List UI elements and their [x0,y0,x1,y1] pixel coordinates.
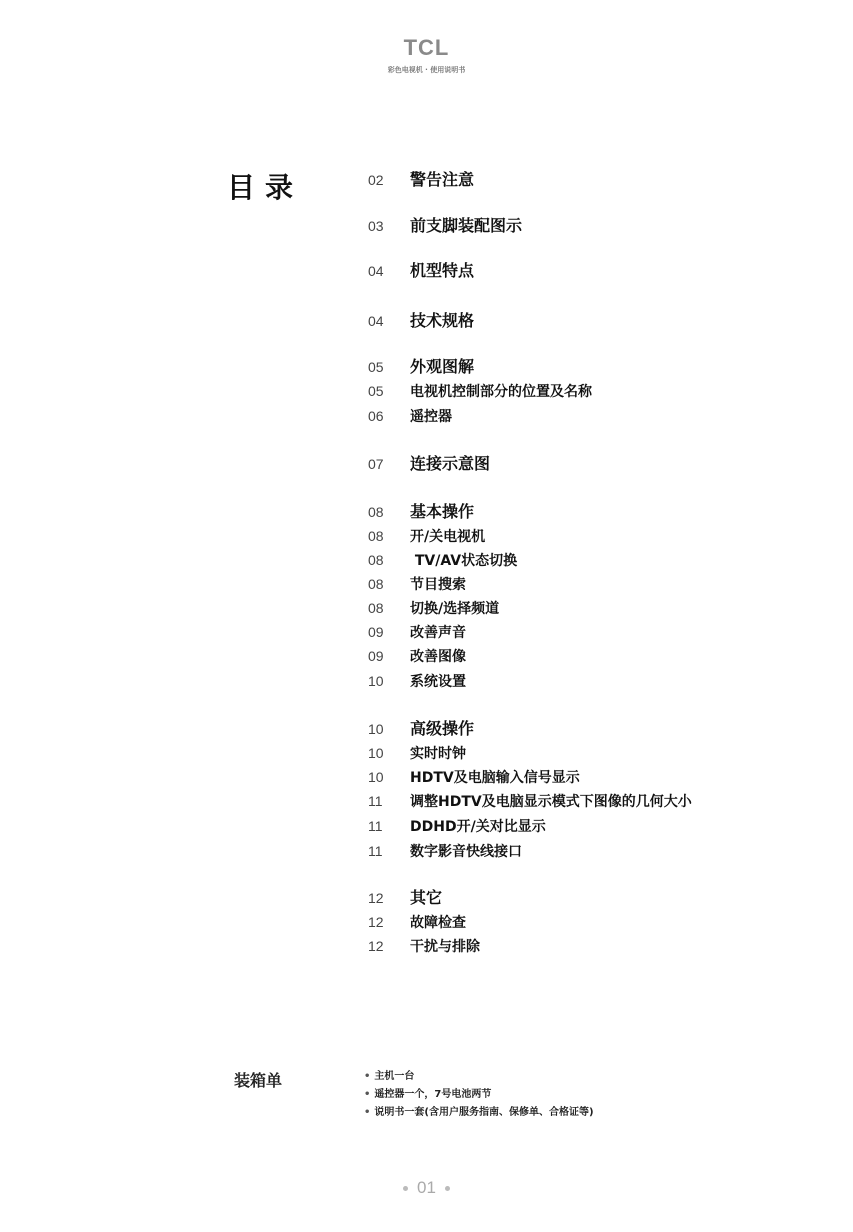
toc-entry[interactable]: 08 TV/AV状态切换 [368,550,517,570]
toc-page-number: 12 [368,912,410,932]
toc-title: 目录 [227,166,303,206]
header-subtitle: 彩色电视机 · 使用说明书 [0,65,853,75]
toc-page-number: 06 [368,406,410,426]
toc-entry-label: DDHD开/关对比显示 [410,819,546,835]
packing-list-item: •说明书一套(含用户服务指南、保修单、合格证等) [364,1104,594,1122]
toc-entry-label: 其它 [410,888,442,907]
toc-page-number: 04 [368,311,410,331]
bullet-icon: • [364,1089,370,1100]
toc-entry[interactable]: 10实时时钟 [368,743,466,763]
toc-page-number: 08 [368,598,410,618]
toc-entry[interactable]: 08切换/选择频道 [368,598,499,618]
toc-entry-label: 实时时钟 [410,746,466,762]
toc-entry[interactable]: 06遥控器 [368,406,452,426]
toc-page-number: 09 [368,646,410,666]
page-header: TCL 彩色电视机 · 使用说明书 [0,36,853,75]
toc-entry-label: 基本操作 [410,502,474,521]
toc-entry-label: 节目搜索 [410,577,466,593]
toc-entry-label: 故障检查 [410,915,466,931]
page-number: 01 [417,1178,436,1197]
toc-page-number: 08 [368,502,410,522]
toc-page-number: 11 [368,816,410,836]
toc-page-number: 04 [368,261,410,281]
toc-page-number: 02 [368,170,410,190]
toc-page-number: 08 [368,550,410,570]
packing-list: •主机一台•遥控器一个，7号电池两节•说明书一套(含用户服务指南、保修单、合格证… [364,1068,594,1122]
toc-entry-label: TV/AV状态切换 [410,553,517,569]
toc-page-number: 05 [368,381,410,401]
toc-page-number: 08 [368,526,410,546]
page-footer: 01 [0,1178,853,1198]
toc-page-number: 08 [368,574,410,594]
toc-page-number: 09 [368,622,410,642]
toc-page-number: 10 [368,767,410,787]
packing-list-item: •遥控器一个，7号电池两节 [364,1086,594,1104]
toc-entry[interactable]: 10HDTV及电脑输入信号显示 [368,767,580,787]
toc-entry-label: 外观图解 [410,357,474,376]
toc-page-number: 10 [368,743,410,763]
toc-entry[interactable]: 12故障检查 [368,912,466,932]
toc-page-number: 07 [368,454,410,474]
toc-entry[interactable]: 07连接示意图 [368,454,490,474]
toc-page-number: 10 [368,671,410,691]
toc-page-number: 05 [368,357,410,377]
toc-entry-label: 高级操作 [410,719,474,738]
toc-page-number: 11 [368,791,410,811]
bullet-icon: • [364,1071,370,1082]
packing-list-item-text: 遥控器一个，7号电池两节 [374,1089,491,1100]
footer-dot-right [445,1186,450,1191]
toc-page-number: 03 [368,216,410,236]
toc-entry[interactable]: 05电视机控制部分的位置及名称 [368,381,592,401]
toc-entry[interactable]: 08节目搜索 [368,574,466,594]
toc-entry[interactable]: 02警告注意 [368,170,474,190]
toc-entry[interactable]: 09改善图像 [368,646,466,666]
toc-entry[interactable]: 04机型特点 [368,261,474,281]
toc-entry-label: 技术规格 [410,311,474,330]
toc-entry[interactable]: 11DDHD开/关对比显示 [368,816,546,836]
toc-entry[interactable]: 04技术规格 [368,311,474,331]
toc-entry-label: 前支脚装配图示 [410,216,522,235]
toc-entry-label: HDTV及电脑输入信号显示 [410,770,580,786]
toc-entry-label: 系统设置 [410,674,466,690]
toc-entry-label: 遥控器 [410,409,452,425]
toc-entry-label: 干扰与排除 [410,939,480,955]
toc-page-number: 12 [368,936,410,956]
bullet-icon: • [364,1107,370,1118]
toc-entry[interactable]: 12干扰与排除 [368,936,480,956]
toc-page-number: 11 [368,841,410,861]
toc-page-number: 10 [368,719,410,739]
toc-entry[interactable]: 12其它 [368,888,442,908]
toc-entry[interactable]: 08基本操作 [368,502,474,522]
toc-entry-label: 切换/选择频道 [410,601,499,617]
toc-entry-label: 电视机控制部分的位置及名称 [410,384,592,400]
toc-entry-label: 开/关电视机 [410,529,485,545]
toc-entry[interactable]: 09改善声音 [368,622,466,642]
toc-entry-label: 机型特点 [410,261,474,280]
tcl-logo: TCL [0,36,853,60]
toc-entry[interactable]: 03前支脚装配图示 [368,216,522,236]
toc-entry-label: 改善图像 [410,649,466,665]
packing-list-item-text: 说明书一套(含用户服务指南、保修单、合格证等) [374,1107,593,1118]
toc-page-number: 12 [368,888,410,908]
packing-list-title: 装箱单 [234,1068,282,1091]
toc-entry[interactable]: 10系统设置 [368,671,466,691]
toc-entry-label: 改善声音 [410,625,466,641]
toc-entry[interactable]: 08开/关电视机 [368,526,485,546]
footer-dot-left [403,1186,408,1191]
packing-list-item-text: 主机一台 [374,1071,414,1082]
toc-entry-label: 调整HDTV及电脑显示模式下图像的几何大小 [410,794,692,810]
packing-list-item: •主机一台 [364,1068,594,1086]
toc-entry[interactable]: 05外观图解 [368,357,474,377]
toc-entry-label: 数字影音快线接口 [410,844,522,860]
toc-entry[interactable]: 11调整HDTV及电脑显示模式下图像的几何大小 [368,791,692,811]
toc-entry-label: 连接示意图 [410,454,490,473]
toc-entry[interactable]: 10高级操作 [368,719,474,739]
toc-entry-label: 警告注意 [410,170,474,189]
toc-entry[interactable]: 11数字影音快线接口 [368,841,522,861]
